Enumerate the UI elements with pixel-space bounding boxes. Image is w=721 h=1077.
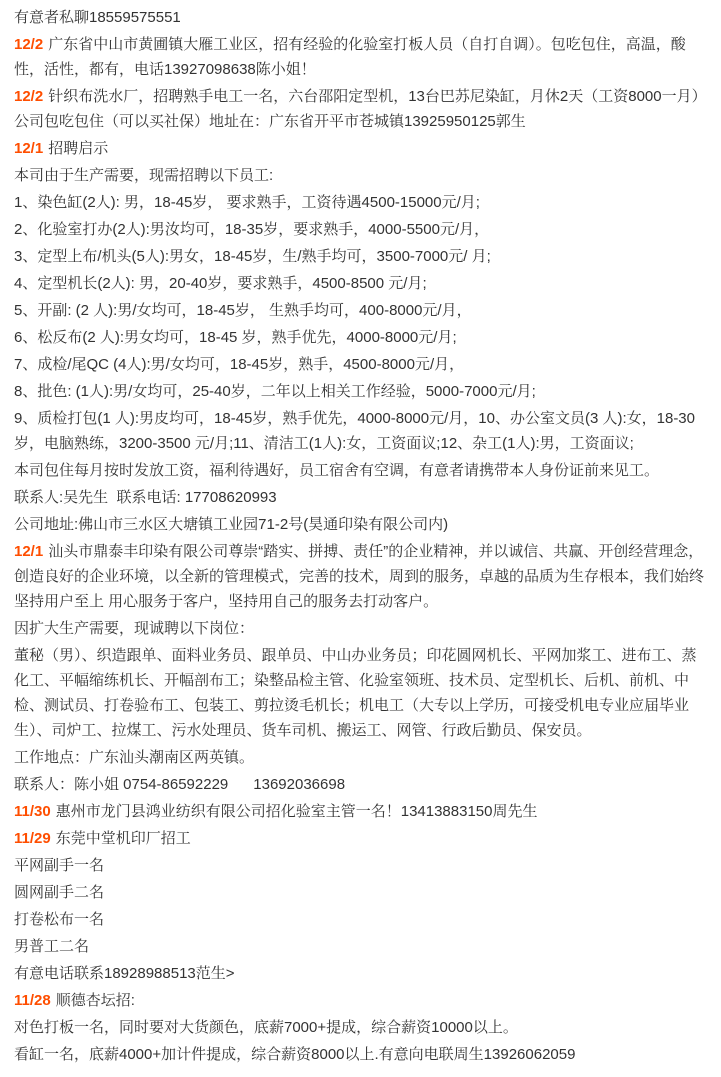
post: 有意电话联系18928988513范生> bbox=[14, 960, 707, 987]
post-date: 11/29 bbox=[14, 830, 51, 847]
post: 4、定型机长(2人): 男，20-40岁，要求熟手，4500-8500 元/月; bbox=[14, 270, 707, 297]
post: 联系人：陈小姐 0754-86592229 13692036698 bbox=[14, 771, 707, 798]
post: 圆网副手二名 bbox=[14, 879, 707, 906]
post: 12/2针织布洗水厂，招聘熟手电工一名，六台邵阳定型机，13台巴苏尼染缸，月休2… bbox=[14, 83, 707, 135]
post-date: 12/2 bbox=[14, 88, 43, 105]
post: 1、染色缸(2人): 男，18-45岁， 要求熟手，工资待遇4500-15000… bbox=[14, 189, 707, 216]
post: 男普工二名 bbox=[14, 933, 707, 960]
post-text: 有意者私聊18559575551 bbox=[14, 9, 181, 26]
post-date: 12/1 bbox=[14, 543, 43, 560]
post-text: 5、开副: (2 人):男/女均可，18-45岁， 生熟手均可，400-8000… bbox=[14, 302, 472, 319]
post-text: 本司包住每月按时发放工资，福利待遇好，员工宿舍有空调，有意者请携带本人身份证前来… bbox=[14, 462, 659, 479]
post: 本司包住每月按时发放工资，福利待遇好，员工宿舍有空调，有意者请携带本人身份证前来… bbox=[14, 457, 707, 484]
post-text: 汕头市鼎泰丰印染有限公司尊崇“踏实、拼搏、责任”的企业精神，并以诚信、共赢、开创… bbox=[14, 543, 704, 610]
post: 3、定型上布/机头(5人):男女，18-45岁，生/熟手均可，3500-7000… bbox=[14, 243, 707, 270]
post: 8、批色: (1人):男/女均可，25-40岁，二年以上相关工作经验，5000-… bbox=[14, 378, 707, 405]
post: 11/29东莞中堂机印厂招工 bbox=[14, 825, 707, 852]
post-text: 联系人:吴先生 联系电话: 17708620993 bbox=[14, 489, 277, 506]
post-text: 顺德杏坛招: bbox=[56, 992, 135, 1009]
post-text: 打卷松布一名 bbox=[14, 911, 104, 928]
post-text: 4、定型机长(2人): 男，20-40岁，要求熟手，4500-8500 元/月; bbox=[14, 275, 427, 292]
post-text: 惠州市龙门县鸿业纺织有限公司招化验室主管一名！13413883150周先生 bbox=[56, 803, 538, 820]
post: 11/28顺德杏坛招: bbox=[14, 987, 707, 1014]
post: 12/1招聘启示 bbox=[14, 135, 707, 162]
post: 工作地点：广东汕头潮南区两英镇。 bbox=[14, 744, 707, 771]
post-text: 因扩大生产需要，现诚聘以下岗位： bbox=[14, 620, 254, 637]
post-text: 东莞中堂机印厂招工 bbox=[56, 830, 191, 847]
post-date: 12/1 bbox=[14, 140, 43, 157]
post-date: 11/30 bbox=[14, 803, 51, 820]
post: 打卷松布一名 bbox=[14, 906, 707, 933]
post: 9、质检打包(1 人):男皮均可，18-45岁，熟手优先，4000-8000元/… bbox=[14, 405, 707, 457]
post-text: 公司地址:佛山市三水区大塘镇工业园71-2号(昊通印染有限公司内) bbox=[14, 516, 448, 533]
post-text: 圆网副手二名 bbox=[14, 884, 104, 901]
post-text: 联系人：陈小姐 0754-86592229 13692036698 bbox=[14, 776, 345, 793]
post-text: 9、质检打包(1 人):男皮均可，18-45岁，熟手优先，4000-8000元/… bbox=[14, 410, 695, 452]
post: 有意者私聊18559575551 bbox=[14, 4, 707, 31]
post: 看缸一名，底薪4000+加计件提成，综合薪资8000以上.有意向电联周生1392… bbox=[14, 1041, 707, 1068]
post-text: 平网副手一名 bbox=[14, 857, 104, 874]
post: 12/1汕头市鼎泰丰印染有限公司尊崇“踏实、拼搏、责任”的企业精神，并以诚信、共… bbox=[14, 538, 707, 615]
post: 因扩大生产需要，现诚聘以下岗位： bbox=[14, 615, 707, 642]
post: 12/2广东省中山市黄圃镇大雁工业区，招有经验的化验室打板人员（自打自调）。包吃… bbox=[14, 31, 707, 83]
post-text: 广东省中山市黄圃镇大雁工业区，招有经验的化验室打板人员（自打自调）。包吃包住，高… bbox=[14, 36, 686, 78]
post-text: 男普工二名 bbox=[14, 938, 89, 955]
post: 2、化验室打办(2人):男汝均可，18-35岁，要求熟手，4000-5500元/… bbox=[14, 216, 707, 243]
post-text: 本司由于生产需要，现需招聘以下员工: bbox=[14, 167, 273, 184]
post-text: 7、成检/尾QC (4人):男/女均可，18-45岁，熟手，4500-8000元… bbox=[14, 356, 464, 373]
post: 本司由于生产需要，现需招聘以下员工: bbox=[14, 162, 707, 189]
post: 5、开副: (2 人):男/女均可，18-45岁， 生熟手均可，400-8000… bbox=[14, 297, 707, 324]
post-text: 1、染色缸(2人): 男，18-45岁， 要求熟手，工资待遇4500-15000… bbox=[14, 194, 480, 211]
post: 6、松反布(2 人):男女均可，18-45 岁，熟手优先，4000-8000元/… bbox=[14, 324, 707, 351]
post: 联系人:吴先生 联系电话: 17708620993 bbox=[14, 484, 707, 511]
post: 7、成检/尾QC (4人):男/女均可，18-45岁，熟手，4500-8000元… bbox=[14, 351, 707, 378]
post: 11/30惠州市龙门县鸿业纺织有限公司招化验室主管一名！13413883150周… bbox=[14, 798, 707, 825]
post-text: 8、批色: (1人):男/女均可，25-40岁，二年以上相关工作经验，5000-… bbox=[14, 383, 536, 400]
post: 平网副手一名 bbox=[14, 852, 707, 879]
post-text: 3、定型上布/机头(5人):男女，18-45岁，生/熟手均可，3500-7000… bbox=[14, 248, 491, 265]
post-text: 工作地点：广东汕头潮南区两英镇。 bbox=[14, 749, 254, 766]
post-date: 11/28 bbox=[14, 992, 51, 1009]
post-text: 对色打板一名，同时要对大货颜色，底薪7000+提成，综合薪资10000以上。 bbox=[14, 1019, 518, 1036]
post: 对色打板一名，同时要对大货颜色，底薪7000+提成，综合薪资10000以上。 bbox=[14, 1014, 707, 1041]
post-text: 有意电话联系18928988513范生> bbox=[14, 965, 235, 982]
post-text: 招聘启示 bbox=[48, 140, 108, 157]
post: 董秘（男）、织造跟单、面料业务员、跟单员、中山办业务员；印花圆网机长、平网加浆工… bbox=[14, 642, 707, 744]
job-feed: 有意者私聊18559575551 12/2广东省中山市黄圃镇大雁工业区，招有经验… bbox=[0, 0, 721, 1072]
post-text: 针织布洗水厂，招聘熟手电工一名，六台邵阳定型机，13台巴苏尼染缸，月休2天（工资… bbox=[14, 88, 707, 130]
post: 公司地址:佛山市三水区大塘镇工业园71-2号(昊通印染有限公司内) bbox=[14, 511, 707, 538]
post-text: 董秘（男）、织造跟单、面料业务员、跟单员、中山办业务员；印花圆网机长、平网加浆工… bbox=[14, 647, 697, 739]
post-text: 2、化验室打办(2人):男汝均可，18-35岁，要求熟手，4000-5500元/… bbox=[14, 221, 489, 238]
post-text: 看缸一名，底薪4000+加计件提成，综合薪资8000以上.有意向电联周生1392… bbox=[14, 1046, 575, 1063]
post-date: 12/2 bbox=[14, 36, 43, 53]
post-text: 6、松反布(2 人):男女均可，18-45 岁，熟手优先，4000-8000元/… bbox=[14, 329, 457, 346]
